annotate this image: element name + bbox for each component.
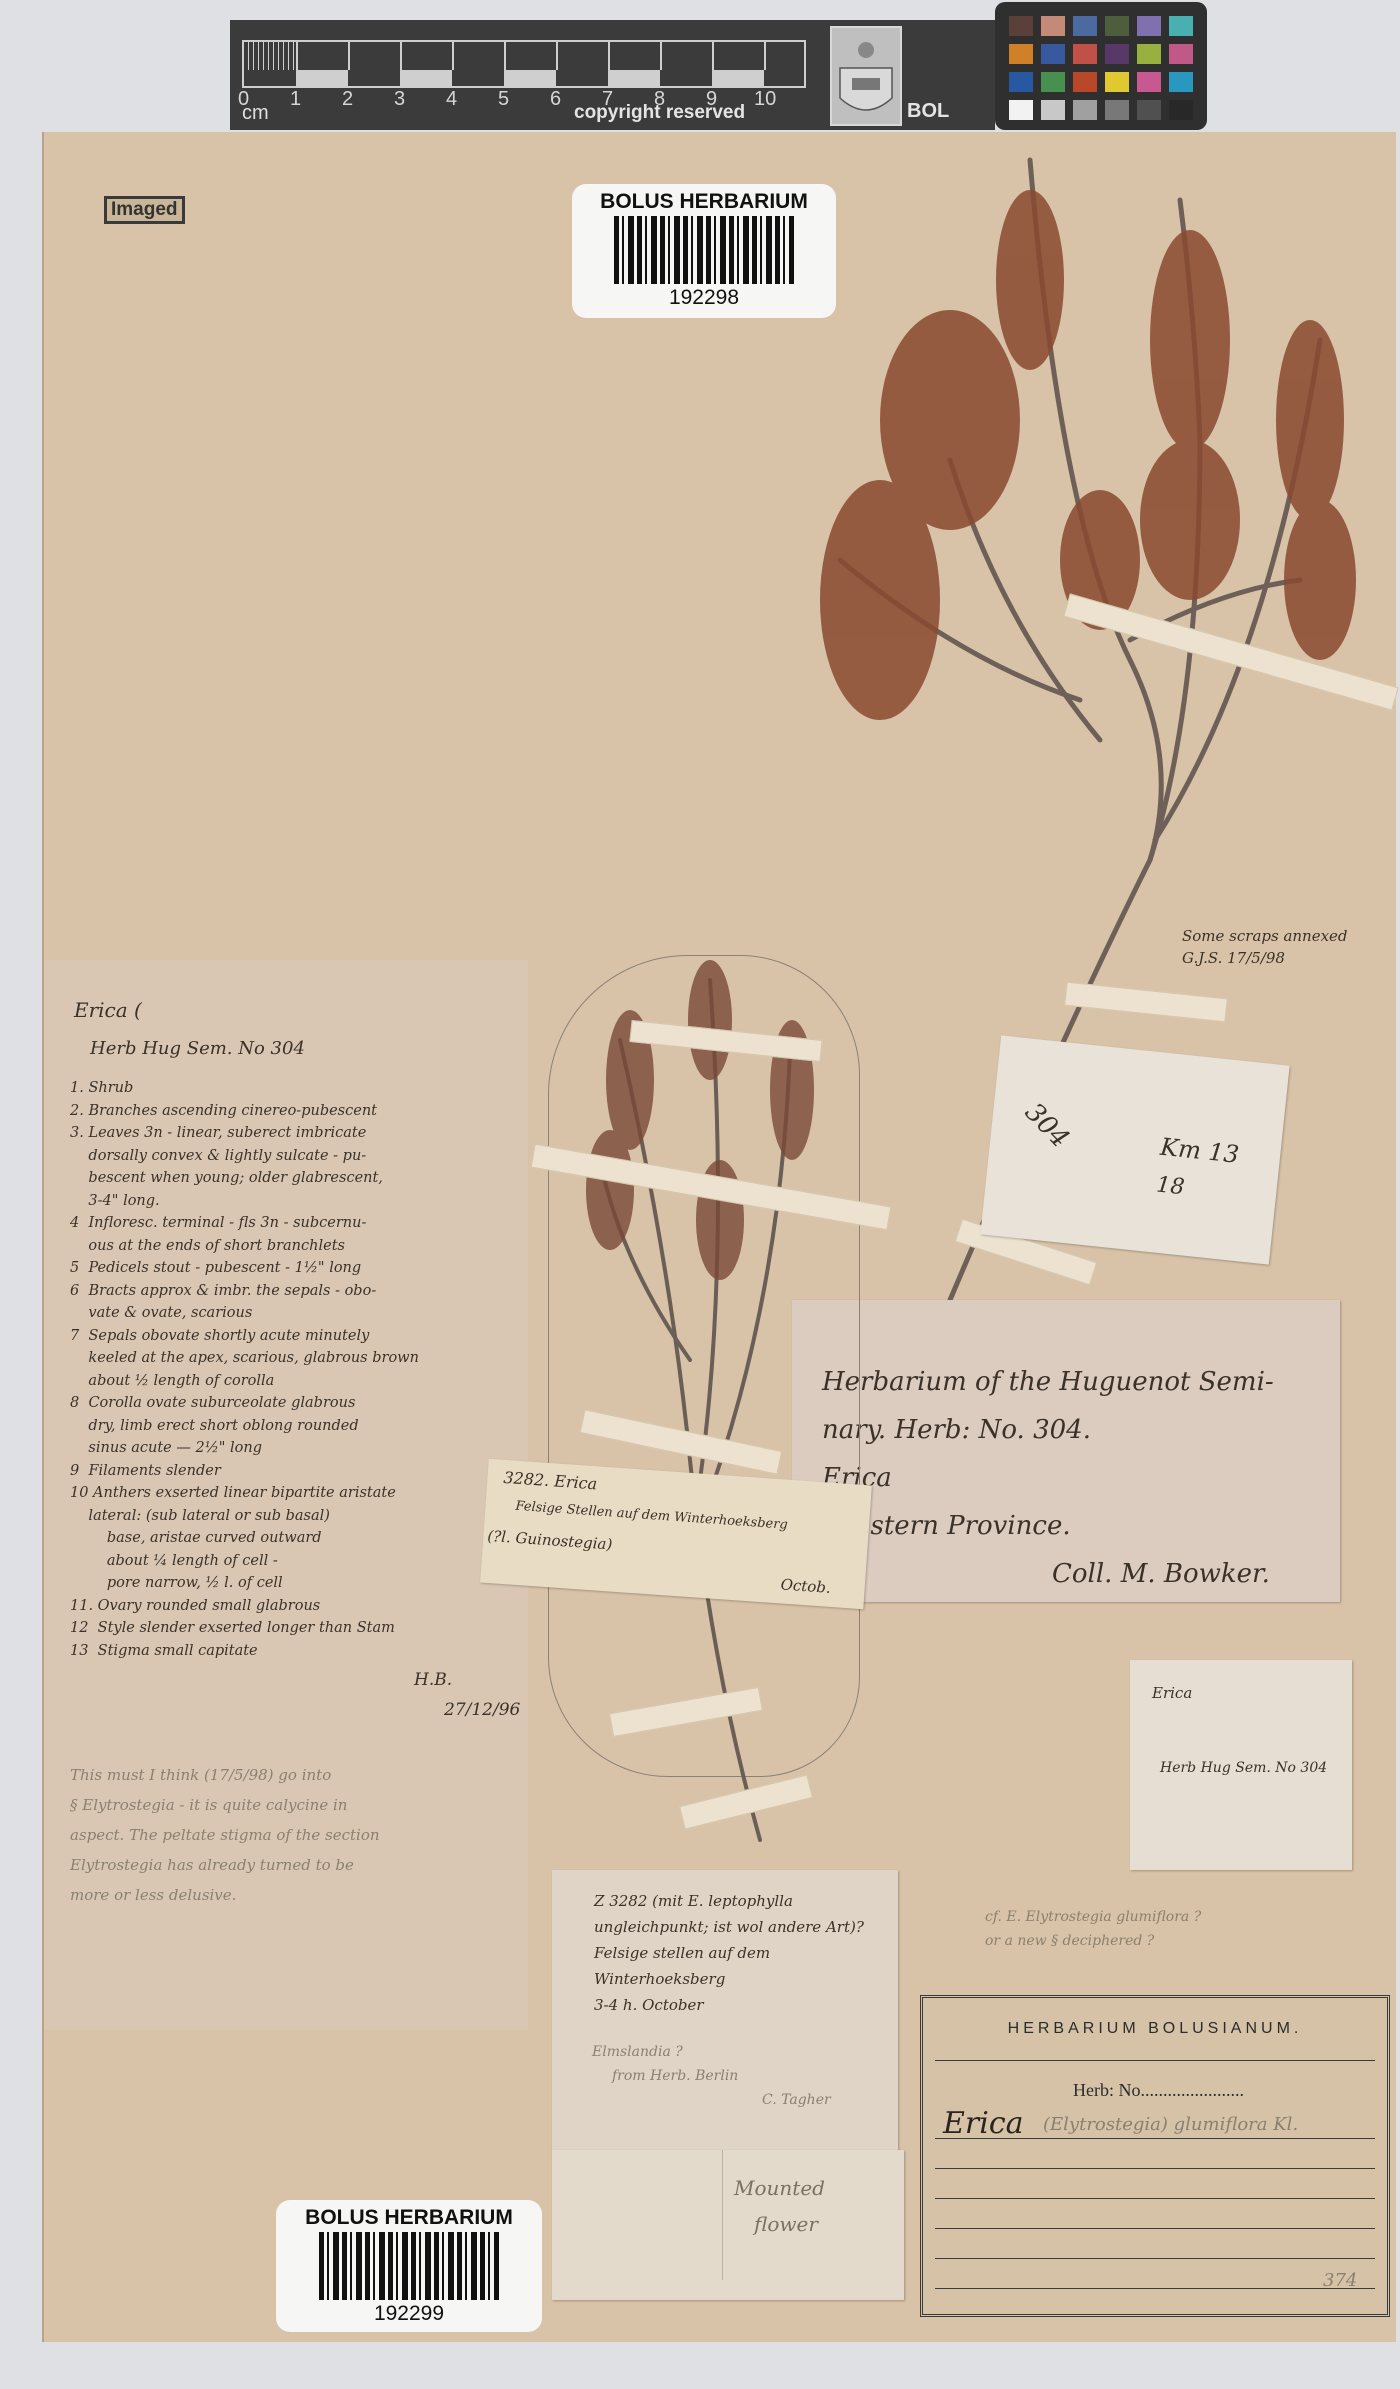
color-swatch bbox=[1073, 100, 1097, 120]
barcode-institution: BOLUS HERBARIUM bbox=[572, 184, 836, 214]
flower-packet[interactable]: Mounted flower bbox=[552, 2150, 904, 2300]
color-swatch bbox=[1137, 100, 1161, 120]
notes-item: lateral: (sub lateral or sub basal) bbox=[70, 1508, 330, 1524]
notes-item: ous at the ends of short branchlets bbox=[70, 1238, 345, 1254]
ruler-tick-3: 3 bbox=[394, 88, 405, 111]
pencil-line: more or less delusive. bbox=[70, 1880, 380, 1910]
ruler-tick-10: 10 bbox=[754, 88, 776, 111]
label-line: Coll. M. Bowker. bbox=[822, 1550, 1274, 1598]
packet-line: flower bbox=[734, 2206, 825, 2242]
ruler-tick-5: 5 bbox=[498, 88, 509, 111]
color-swatch bbox=[1169, 72, 1193, 92]
notes-item: base, aristae curved outward bbox=[70, 1530, 322, 1546]
pencil-line: Elytrostegia has already turned to be bbox=[70, 1850, 380, 1880]
notes-item: bescent when young; older glabrescent, bbox=[70, 1170, 383, 1186]
pencil-line: from Herb. Berlin bbox=[592, 2064, 831, 2088]
annotation-scraps: Some scraps annexed G.J.S. 17/5/98 bbox=[1182, 925, 1348, 969]
pencil-line: Elmslandia ? bbox=[592, 2040, 831, 2064]
notes-item: 3-4" long. bbox=[70, 1193, 160, 1209]
color-swatch bbox=[1041, 44, 1065, 64]
color-swatch bbox=[1169, 44, 1193, 64]
copyright-text: copyright reserved bbox=[574, 102, 745, 124]
packet-fold bbox=[722, 2150, 723, 2280]
tag-sub: 18 bbox=[1155, 1173, 1185, 1201]
color-swatch bbox=[1105, 44, 1129, 64]
label-line: (?l. Guinostegia) bbox=[487, 1527, 613, 1554]
barcode-label-top: BOLUS HERBARIUM 192298 bbox=[572, 184, 836, 318]
institution-code: BOL bbox=[907, 100, 949, 123]
label-line: Erica bbox=[1152, 1684, 1192, 1702]
color-swatch bbox=[1009, 100, 1033, 120]
pencil-line: cf. E. Elytrostegia glumiflora ? bbox=[985, 1905, 1201, 1929]
color-swatch bbox=[1137, 72, 1161, 92]
label-line: Herb Hug Sem. No 304 bbox=[1160, 1760, 1327, 1776]
label-line: Octob. bbox=[780, 1575, 831, 1596]
huguenot-seminary-label: Herbarium of the Huguenot Semi- nary. He… bbox=[792, 1300, 1340, 1602]
herbarium-bolusianum-label: HERBARIUM BOLUSIANUM. Herb: No..........… bbox=[920, 1995, 1390, 2317]
notes-item: 10 Anthers exserted linear bipartite ari… bbox=[70, 1485, 396, 1501]
herb-number-field: Herb: No....................... bbox=[1073, 2080, 1244, 2101]
pencil-annotation-right: cf. E. Elytrostegia glumiflora ? or a ne… bbox=[985, 1905, 1201, 1953]
packet-text: Mounted flower bbox=[734, 2170, 825, 2242]
label-mounted-z3282: Z 3282 (mit E. leptophylla ungleichpunkt… bbox=[552, 1870, 898, 2152]
notes-item: 9 Filaments slender bbox=[70, 1463, 221, 1479]
color-swatch bbox=[1041, 72, 1065, 92]
pencil-note: Elmslandia ? from Herb. Berlin C. Tagher bbox=[592, 2040, 831, 2112]
color-swatch bbox=[1137, 44, 1161, 64]
notes-signature: H.B. bbox=[414, 1670, 452, 1690]
notes-item: vate & ovate, scarious bbox=[70, 1305, 252, 1321]
notes-item: dorsally convex & lightly sulcate - pu- bbox=[70, 1148, 366, 1164]
label-line: Erica bbox=[822, 1454, 1274, 1502]
color-swatch bbox=[1009, 16, 1033, 36]
ruler-unit: cm bbox=[242, 102, 269, 125]
notes-title: Erica ( bbox=[74, 998, 142, 1022]
notes-item: 13 Stigma small capitate bbox=[70, 1643, 258, 1659]
notes-item: 7 Sepals obovate shortly acute minutely bbox=[70, 1328, 369, 1344]
color-swatch bbox=[1041, 100, 1065, 120]
color-swatch bbox=[1137, 16, 1161, 36]
notes-item: 8 Corolla ovate suburceolate glabrous bbox=[70, 1395, 355, 1411]
pencil-line: aspect. The peltate stigma of the sectio… bbox=[70, 1820, 380, 1850]
annotation-date: G.J.S. 17/5/98 bbox=[1182, 947, 1348, 969]
notes-item: 1. Shrub bbox=[70, 1080, 133, 1096]
barcode-icon bbox=[614, 216, 794, 284]
color-checker bbox=[995, 2, 1207, 130]
color-swatch bbox=[1009, 44, 1033, 64]
notes-item: 2. Branches ascending cinereo-pubescent bbox=[70, 1103, 377, 1119]
label-herb-hug-sem: Erica Herb Hug Sem. No 304 bbox=[1130, 1660, 1352, 1870]
notes-item: 11. Ovary rounded small glabrous bbox=[70, 1598, 320, 1614]
description-notes: Erica ( Herb Hug Sem. No 304 1. Shrub2. … bbox=[44, 960, 528, 2030]
notes-item: keeled at the apex, scarious, glabrous b… bbox=[70, 1350, 419, 1366]
color-swatch bbox=[1105, 72, 1129, 92]
barcode-institution: BOLUS HERBARIUM bbox=[276, 2200, 542, 2230]
label-line: Z 3282 (mit E. leptophylla bbox=[594, 1888, 864, 1914]
notes-item: sinus acute — 2½" long bbox=[70, 1440, 262, 1456]
imaged-stamp: Imaged bbox=[104, 196, 185, 224]
tag-304: 304 Km 13 18 bbox=[980, 1035, 1289, 1264]
notes-item: about ¼ length of cell - bbox=[70, 1553, 278, 1569]
bolus-number: 374 bbox=[1323, 2270, 1357, 2291]
pencil-line: § Elytrostegia - it is quite calycine in bbox=[70, 1790, 380, 1820]
pencil-line: C. Tagher bbox=[592, 2088, 831, 2112]
notes-item: dry, limb erect short oblong rounded bbox=[70, 1418, 359, 1434]
packet-line: Mounted bbox=[734, 2170, 825, 2206]
pencil-line: This must I think (17/5/98) go into bbox=[70, 1760, 380, 1790]
label-line: Winterhoeksberg bbox=[594, 1966, 864, 1992]
color-swatch-grid bbox=[1009, 16, 1193, 120]
label-line: 3-4 h. October bbox=[594, 1992, 864, 2018]
label-line: ungleichpunkt; ist wol andere Art)? bbox=[594, 1914, 864, 1940]
label-line: Herbarium of the Huguenot Semi- bbox=[822, 1358, 1274, 1406]
barcode-icon bbox=[319, 2232, 499, 2300]
notes-item: 5 Pedicels stout - pubescent - 1½" long bbox=[70, 1260, 361, 1276]
ruler-tick-6: 6 bbox=[550, 88, 561, 111]
color-swatch bbox=[1009, 72, 1033, 92]
label-line: Eastern Province. bbox=[822, 1502, 1274, 1550]
tag-number: 304 bbox=[1019, 1097, 1075, 1154]
bolus-label-header: HERBARIUM BOLUSIANUM. bbox=[923, 2020, 1387, 2038]
ruler-tick-2: 2 bbox=[342, 88, 353, 111]
notes-subtitle: Herb Hug Sem. No 304 bbox=[90, 1038, 305, 1059]
crest-icon bbox=[830, 26, 902, 126]
color-swatch bbox=[1073, 16, 1097, 36]
color-swatch bbox=[1105, 100, 1129, 120]
color-swatch bbox=[1073, 44, 1097, 64]
label-line: Felsige stellen auf dem bbox=[594, 1940, 864, 1966]
label-text: Z 3282 (mit E. leptophylla ungleichpunkt… bbox=[594, 1888, 864, 2018]
barcode-number: 192298 bbox=[572, 284, 836, 310]
tag-mark: Km 13 bbox=[1159, 1133, 1240, 1169]
label-line: 3282. Erica bbox=[503, 1468, 598, 1494]
label-text: Herbarium of the Huguenot Semi- nary. He… bbox=[822, 1358, 1274, 1598]
annotation-line: Some scraps annexed bbox=[1182, 925, 1348, 947]
barcode-number: 192299 bbox=[276, 2300, 542, 2326]
color-swatch bbox=[1105, 16, 1129, 36]
notes-item: 4 Infloresc. terminal - fls 3n - subcern… bbox=[70, 1215, 366, 1231]
genus-name: Erica bbox=[943, 2106, 1024, 2141]
pencil-line: or a new § deciphered ? bbox=[985, 1929, 1201, 1953]
specimen-outline bbox=[548, 955, 860, 1777]
ruler-tick-1: 1 bbox=[290, 88, 301, 111]
label-line: nary. Herb: No. 304. bbox=[822, 1406, 1274, 1454]
color-swatch bbox=[1169, 100, 1193, 120]
notes-item: 3. Leaves 3n - linear, suberect imbricat… bbox=[70, 1125, 366, 1141]
scale-ruler: 0 1 2 3 4 5 6 7 8 9 10 cm copyright rese… bbox=[230, 20, 995, 130]
species-name: (Elytrostegia) glumiflora Kl. bbox=[1043, 2114, 1298, 2135]
label-line: Felsige Stellen auf dem Winterhoeksberg bbox=[515, 1499, 788, 1533]
notes-item: about ½ length of corolla bbox=[70, 1373, 274, 1389]
barcode-label-bottom: BOLUS HERBARIUM 192299 bbox=[276, 2200, 542, 2332]
ruler-scale-bar bbox=[242, 40, 806, 88]
color-swatch bbox=[1169, 16, 1193, 36]
notes-item: pore narrow, ½ l. of cell bbox=[70, 1575, 283, 1591]
notes-item: 6 Bracts approx & imbr. the sepals - obo… bbox=[70, 1283, 376, 1299]
color-swatch bbox=[1073, 72, 1097, 92]
pencil-note: This must I think (17/5/98) go into§ Ely… bbox=[70, 1760, 380, 1910]
notes-item: 12 Style slender exserted longer than St… bbox=[70, 1620, 395, 1636]
notes-date: 27/12/96 bbox=[444, 1700, 520, 1720]
ruler-tick-4: 4 bbox=[446, 88, 457, 111]
color-swatch bbox=[1041, 16, 1065, 36]
